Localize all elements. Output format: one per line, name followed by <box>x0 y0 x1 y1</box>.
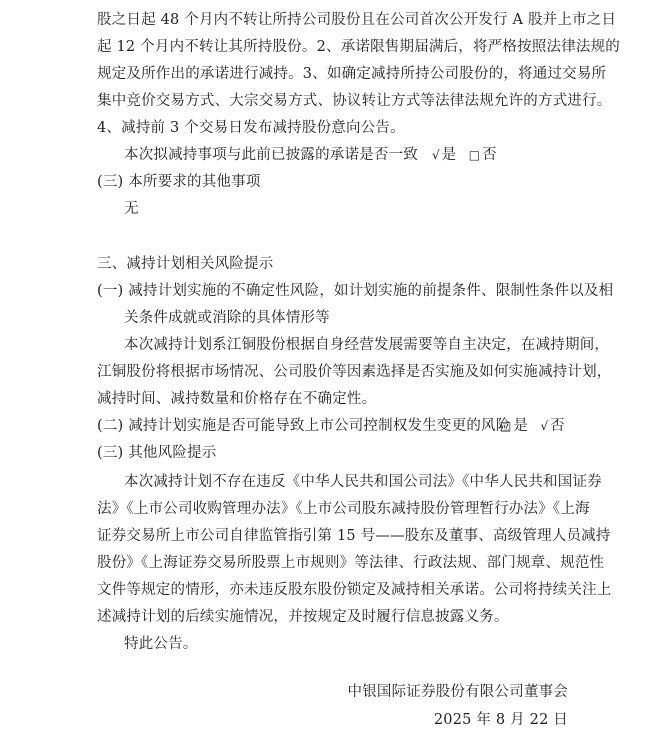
checkmark-icon: √ <box>432 148 440 162</box>
empty-checkbox-icon: □ <box>500 419 511 433</box>
consistency-question: 本次拟减持事项与此前已披露的承诺是否一致 <box>124 145 418 165</box>
risk-one-heading-cont: 关条件成就或消除的具体情形等 <box>124 308 330 328</box>
risk-two-options: □是 √否 <box>500 416 573 436</box>
option-yes: √是 <box>432 147 461 163</box>
risk-one-heading: (一) 减持计划实施的不确定性风险，如计划实施的前提条件、限制性条件以及相 <box>97 281 567 301</box>
risk-one-body-line: 江铜股份将根据市场情况、公司股价等因素选择是否实施及如何实施减持计划， <box>97 362 567 382</box>
option-label: 否 <box>550 418 565 434</box>
other-matters-content: 无 <box>124 199 139 219</box>
other-matters-heading: (三) 本所要求的其他事项 <box>97 172 261 192</box>
risk-three-body-line: 文件等规定的情形，亦未违反股东股份锁定及减持相关承诺。公司将持续关注上 <box>97 580 567 600</box>
option-no: √否 <box>540 418 564 434</box>
empty-checkbox-icon: □ <box>469 148 480 162</box>
section-three-heading: 三、减持计划相关风险提示 <box>97 254 273 274</box>
issuer-signature: 中银国际证券股份有限公司董事会 <box>348 682 569 702</box>
risk-three-body-line: 本次减持计划不存在违反《中华人民共和国公司法》《中华人民共和国证券 <box>124 472 567 492</box>
risk-two-question: (二) 减持计划实施是否可能导致上市公司控制权发生变更的风险 <box>97 416 510 436</box>
option-yes: □是 <box>500 418 532 434</box>
risk-one-body-line: 本次减持计划系江铜股份根据自身经营发展需要等自主决定，在减持期间， <box>124 335 567 355</box>
risk-three-body-line: 法》《上市公司收购管理办法》《上市公司股东减持股份管理暂行办法》《上海 <box>97 499 567 519</box>
announcement-date: 2025 年 8 月 22 日 <box>434 710 568 730</box>
paragraph-line: 规定及所作出的承诺进行减持。3、如确定减持所持公司股份的，将通过交易所 <box>97 64 567 84</box>
paragraph-line: 股之日起 48 个月内不转让所持公司股份且在公司首次公开发行 A 股并上市之日 <box>97 10 567 30</box>
consistency-options: √是 □否 <box>432 145 505 165</box>
risk-three-heading: (三) 其他风险提示 <box>97 443 216 463</box>
option-label: 是 <box>513 418 528 434</box>
option-no: □否 <box>469 147 497 163</box>
closing-statement: 特此公告。 <box>124 634 198 654</box>
paragraph-line: 4、减持前 3 个交易日发布减持股份意向公告。 <box>97 118 405 138</box>
risk-three-body-line: 述减持计划的后续实施情况，并按规定及时履行信息披露义务。 <box>97 607 509 627</box>
document-page: 股之日起 48 个月内不转让所持公司股份且在公司首次公开发行 A 股并上市之日 … <box>0 0 664 754</box>
checkmark-icon: √ <box>540 419 548 433</box>
paragraph-line: 起 12 个月内不转让其所持股份。2、承诺限售期届满后，将严格按照法律法规的 <box>97 37 567 57</box>
paragraph-line: 集中竞价交易方式、大宗交易方式、协议转让方式等法律法规允许的方式进行。 <box>97 91 567 111</box>
option-label: 否 <box>482 147 497 163</box>
risk-three-body-line: 股份》《上海证券交易所股票上市规则》等法律、行政法规、部门规章、规范性 <box>97 553 567 573</box>
risk-three-body-line: 证券交易所上市公司自律监管指引第 15 号——股东及董事、高级管理人员减持 <box>97 526 567 546</box>
risk-one-body-line: 减持时间、减持数量和价格存在不确定性。 <box>97 389 376 409</box>
option-label: 是 <box>442 147 457 163</box>
